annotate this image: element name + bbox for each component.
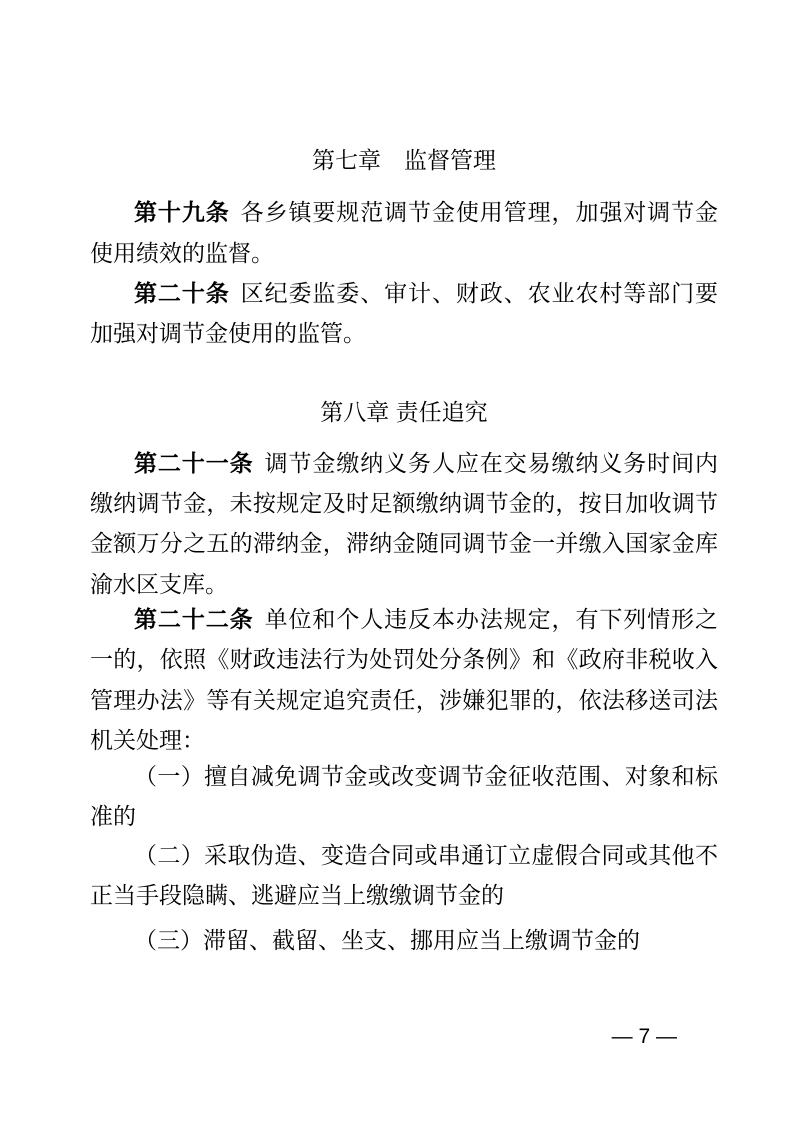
article-19-paragraph: 第十九条各乡镇要规范调节金使用管理，加强对调节金使用绩效的监督。 bbox=[90, 192, 718, 273]
page-number: — 7 — bbox=[612, 1026, 677, 1047]
article-21-paragraph: 第二十一条调节金缴纳义务人应在交易缴纳义务时间内缴纳调节金，未按规定及时足额缴纳… bbox=[90, 443, 718, 604]
article-19-label: 第十九条 bbox=[134, 199, 230, 225]
list-item-3: （三）滞留、截留、坐支、挪用应当上缴调节金的 bbox=[90, 920, 718, 960]
list-item-2: （二）采取伪造、变造合同或串通订立虚假合同或其他不正当手段隐瞒、逃避应当上缴缴调… bbox=[90, 835, 718, 916]
article-22-paragraph: 第二十二条单位和个人违反本办法规定，有下列情形之一的，依照《财政违法行为处罚处分… bbox=[90, 599, 718, 760]
document-page: 第七章 监督管理 第十九条各乡镇要规范调节金使用管理，加强对调节金使用绩效的监督… bbox=[0, 0, 793, 1122]
article-20-paragraph: 第二十条区纪委监委、审计、财政、农业农村等部门要加强对调节金使用的监管。 bbox=[90, 273, 718, 354]
chapter-7-heading: 第七章 监督管理 bbox=[90, 140, 718, 180]
list-item-1: （一）擅自减免调节金或改变调节金征收范围、对象和标准的 bbox=[90, 756, 718, 837]
chapter-8-heading: 第八章 责任追究 bbox=[90, 392, 718, 432]
article-20-label: 第二十条 bbox=[134, 280, 230, 306]
article-22-label: 第二十二条 bbox=[134, 606, 254, 632]
article-21-label: 第二十一条 bbox=[134, 450, 254, 476]
